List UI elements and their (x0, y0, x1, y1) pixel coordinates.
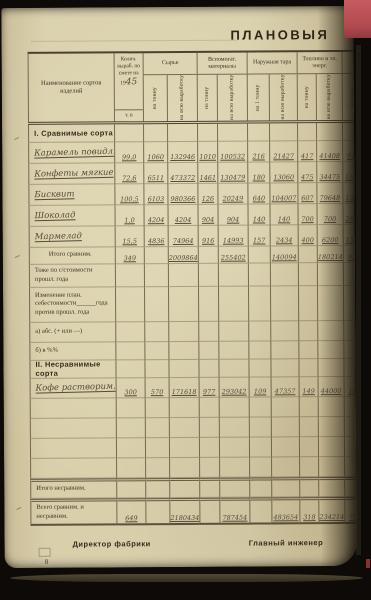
empty-cell (144, 264, 168, 287)
page-stack-edge (356, 45, 361, 555)
table-row: Конфеты мягкие 72,6651147337214611304791… (28, 162, 356, 185)
subheader-per-ton: на тонну (297, 74, 316, 120)
value-cell: 700 (297, 204, 316, 225)
value-cell: 132946 (167, 142, 197, 163)
subheader-label: на всю выработку (280, 75, 287, 120)
empty-cell (298, 341, 317, 359)
value-cell: 904 (217, 205, 247, 226)
cost-change-row: Изменение план. себестоимости______года … (29, 286, 357, 323)
subheader-total-output: на всю выработку (217, 75, 247, 121)
value-cell: 255402 (218, 247, 248, 264)
section-title-cell: II. Несравнимые сорта (29, 360, 115, 379)
row-label-cell: Тоже по с/стоимости прошл. года (29, 264, 115, 288)
empty-cell (116, 438, 145, 458)
group-label: Вспомогат. материалы (198, 56, 247, 70)
empty-cell (249, 397, 271, 417)
empty-cell (168, 342, 198, 360)
product-name-cell: Шоколад (29, 205, 115, 227)
empty-cell (318, 397, 344, 417)
grand-total-label: Всего сравним. и несравним. (36, 502, 116, 521)
group-label: Наружная тара (253, 59, 291, 66)
cost-change-label: Изменение план. себестоимости______года … (35, 290, 115, 318)
empty-cell (344, 397, 357, 417)
value-cell: 4204 (167, 205, 197, 226)
value-cell: 1010 (197, 142, 217, 163)
value-cell: 400 (298, 225, 317, 246)
empty-cell (144, 360, 168, 378)
empty-cell (115, 287, 144, 322)
empty-cell (219, 418, 249, 438)
value-cell: 2180434 (169, 498, 199, 525)
subheader-label: на тонну (204, 87, 211, 109)
empty-cell (199, 438, 219, 458)
empty-cell (271, 477, 299, 497)
section1-title: I. Сравнимые сорта (34, 128, 113, 137)
value-cell: 109 (249, 377, 271, 397)
empty-cell (317, 286, 343, 321)
empty-cell (344, 417, 357, 437)
absolute-change-label: а) абс. (+ или —) (35, 326, 84, 337)
grand-total-label-cell: Всего сравним. и несравним. (30, 498, 116, 526)
table-row: Мармелад 15,5483674964916149931572434400… (29, 225, 357, 248)
totals-label-cell: Итого сравним. (29, 247, 115, 265)
empty-cell (269, 123, 297, 141)
subheader-per-ton: на тонну (197, 75, 217, 121)
empty-cell (298, 321, 317, 341)
empty-cell (198, 360, 218, 378)
empty-cell (298, 286, 317, 321)
group-header-wages: Зараб. плата (342, 52, 357, 74)
empty-cell (343, 341, 356, 359)
value-cell: 475 (297, 162, 316, 183)
empty-cell (271, 437, 299, 457)
empty-cell (249, 417, 271, 437)
value-cell: 180214 (317, 246, 343, 263)
value-cell: 15,5 (115, 226, 144, 247)
subheader-total-output: на всю выработку (167, 75, 197, 121)
subheader-label: на всю выработку (229, 75, 236, 120)
value-cell: 21427 (269, 141, 297, 162)
document-page: ПЛАНОВЫЯ Наименование сортов изделий Кол… (1, 6, 356, 568)
empty-cell (199, 398, 219, 418)
group-header-raw-materials: Сырье (143, 53, 197, 75)
value-cell: 4836 (144, 226, 168, 247)
empty-cell (219, 398, 249, 418)
value-cell: 293042 (219, 378, 249, 398)
value-cell (298, 246, 317, 263)
value-cell: 140094 (270, 246, 298, 263)
product-name-cell: Карамель повидл. (28, 142, 114, 164)
scanned-document-photo: ПЛАНОВЫЯ Наименование сортов изделий Кол… (0, 0, 371, 600)
value-cell: 787454 (219, 498, 249, 525)
value-cell (249, 497, 271, 524)
empty-cell (219, 478, 249, 498)
blank-row (30, 457, 357, 479)
value-cell: 300 (116, 378, 145, 398)
director-signature-label: Директор фабрики (73, 539, 151, 548)
value-cell: 13060 (269, 162, 297, 183)
empty-cell (145, 478, 169, 498)
product-name: Шоколад (34, 210, 75, 221)
subheader-label: на 1 тонну (255, 84, 262, 111)
red-edge-mark (366, 559, 370, 568)
book-bottom-edge (10, 574, 363, 582)
value-cell: 1060 (143, 142, 167, 163)
value-cell: 349 (115, 247, 144, 264)
empty-cell (271, 417, 299, 437)
value-cell: 14993 (218, 226, 248, 247)
value-cell: 100532 (217, 142, 247, 163)
section-row: I. Сравнимые сорта (28, 123, 357, 143)
product-name-cell: Конфеты мягкие (28, 163, 114, 185)
empty-cell (198, 264, 218, 287)
value-cell: 1300 (343, 225, 357, 246)
value-cell (198, 247, 218, 264)
empty-cell (318, 457, 344, 477)
empty-cell (169, 458, 199, 478)
empty-cell (343, 359, 356, 377)
empty-cell (249, 437, 271, 457)
table-header: Наименование сортов изделий Колич. выраб… (28, 50, 357, 125)
value-cell: 607 (297, 183, 316, 204)
table-row: Карамель повидл. 99,01060132946101010053… (28, 141, 357, 164)
value-cell: 904 (197, 205, 217, 226)
section-row: II. Несравнимые сорта (29, 359, 356, 379)
empty-cell (168, 360, 198, 378)
value-cell: 72,6 (114, 163, 143, 184)
product-name: Кофе растворим. (36, 382, 116, 394)
empty-cell (30, 438, 116, 459)
value-cell: 1461 (197, 163, 217, 184)
value-cell: 149 (299, 377, 318, 397)
value-cell: 2800 (342, 204, 356, 225)
percent-change-row: б) в %% (29, 341, 356, 361)
empty-cell (218, 287, 248, 322)
totals-label-cell: Итого несравним. (30, 478, 116, 499)
empty-cell (249, 477, 271, 497)
empty-cell (298, 263, 317, 286)
product-name: Мармелад (35, 231, 82, 242)
empty-cell (115, 322, 144, 342)
empty-cell (145, 398, 169, 418)
empty-cell (317, 321, 343, 341)
empty-cell (271, 397, 299, 417)
empty-cell (115, 342, 144, 360)
value-cell: 1,0 (115, 205, 144, 226)
value-cell: 318 (299, 497, 318, 524)
margin-mark (15, 255, 20, 258)
same-cost-row: Тоже по с/стоимости прошл. года (29, 263, 357, 288)
empty-cell (169, 438, 199, 458)
empty-cell (270, 321, 298, 341)
empty-cell (343, 263, 357, 286)
table-row: Бисквит 100,5610398036612620249640104007… (28, 183, 356, 206)
value-cell: 20249 (217, 184, 247, 205)
value-cell: 157 (248, 225, 270, 246)
empty-cell (344, 457, 357, 477)
signature-line: Директор фабрики Главный инженер (5, 538, 357, 549)
table-row: Кофе растворим. 300570171618977293042109… (30, 377, 357, 399)
group-label: Сырье (162, 60, 178, 67)
value-cell: 2009864 (168, 247, 198, 264)
value-cell: 649 (116, 498, 145, 525)
empty-cell (219, 438, 249, 458)
product-name: Конфеты мягкие (34, 167, 113, 179)
empty-cell (116, 418, 145, 438)
subheader-total-output: на всю выработку (269, 74, 297, 120)
totals-incomparable-row: Итого несравним. (30, 477, 357, 499)
empty-cell (115, 264, 144, 287)
empty-cell (299, 477, 318, 497)
empty-cell (218, 342, 248, 360)
totals-incomparable-label: Итого несравним. (36, 484, 87, 495)
table-row: Шоколад 1,042044204904904140140700700280… (29, 204, 357, 227)
value-cell: 913 (342, 141, 357, 162)
empty-cell (343, 321, 356, 341)
group-header-auxiliary: Вспомогат. материалы (197, 53, 247, 75)
quantity-column-header-cell: Колич. выраб. по смете на 1945 т. в (114, 53, 143, 121)
empty-cell (318, 417, 344, 437)
value-cell: 6103 (143, 184, 167, 205)
value-cell: 6200 (317, 225, 343, 246)
empty-cell (169, 478, 199, 498)
percent-change-label: б) в %% (35, 346, 60, 357)
empty-cell (270, 286, 298, 321)
empty-cell (318, 437, 344, 457)
value-cell (144, 247, 168, 264)
grand-total-row: Всего сравним. и несравним. 649218043478… (30, 497, 356, 526)
empty-cell (299, 397, 318, 417)
subheader-label: на всю выработку (179, 75, 186, 120)
engineer-signature-label: Главный инженер (249, 538, 323, 547)
value-cell: 473372 (167, 163, 197, 184)
value-cell: 216 (247, 141, 269, 162)
value-cell: 980366 (167, 184, 197, 205)
value-cell: 171618 (169, 378, 199, 398)
product-name-cell: Мармелад (29, 226, 115, 248)
empty-cell (198, 322, 218, 342)
value-cell: 180 (247, 162, 269, 183)
subheader-label: на тонну (152, 87, 159, 109)
empty-cell (169, 418, 199, 438)
empty-cell (116, 458, 145, 478)
empty-cell (114, 124, 143, 142)
value-cell: 4204 (143, 205, 167, 226)
value-cell: 126 (197, 184, 217, 205)
totals-comparable-row: Итого сравним. 3492009864255402140094180… (29, 246, 357, 265)
empty-cell (317, 341, 343, 359)
qty-unit-label: т. в (115, 109, 143, 121)
subheader-total-output: на всю выработку (316, 74, 342, 120)
value-cell (199, 498, 219, 525)
blank-row (30, 397, 357, 419)
empty-cell (248, 286, 270, 321)
empty-cell (197, 124, 217, 142)
group-header-fuel: Топливо и эл. энерг. (297, 52, 342, 74)
name-column-header-cell: Наименование сортов изделий (28, 53, 114, 122)
value-cell: 47357 (271, 377, 299, 397)
product-name-cell: Кофе растворим. (30, 378, 116, 399)
subheader-label: на тонну (303, 86, 310, 108)
value-cell: 99,0 (114, 142, 143, 163)
empty-cell (317, 263, 343, 286)
row-label-cell: а) абс. (+ или —) (29, 322, 115, 343)
empty-cell (271, 457, 299, 477)
totals-comparable-label: Итого сравним. (35, 250, 94, 261)
empty-cell (342, 123, 357, 141)
empty-cell (299, 437, 318, 457)
value-cell: 41408 (316, 141, 342, 162)
empty-cell (317, 359, 343, 377)
empty-cell (144, 287, 168, 322)
empty-cell (199, 458, 219, 478)
subheader-label: на всю выработку (326, 74, 333, 119)
empty-cell (344, 477, 357, 497)
product-name-cell: Бисквит (28, 184, 114, 206)
empty-cell (168, 287, 198, 322)
book-cover-corner (344, 0, 371, 38)
empty-cell (299, 457, 318, 477)
value-cell: 640 (247, 183, 269, 204)
empty-cell (298, 359, 317, 377)
value-cell: 234214 (318, 497, 344, 524)
value-cell: 1316 (342, 183, 356, 204)
empty-cell (316, 123, 342, 141)
empty-cell (247, 123, 269, 141)
empty-cell (198, 287, 218, 322)
empty-cell (167, 124, 197, 142)
value-cell: 34475 (316, 162, 342, 183)
empty-cell (30, 418, 116, 439)
value-cell: 1520 (342, 162, 356, 183)
empty-cell (168, 264, 198, 287)
value-cell: 100,5 (114, 184, 143, 205)
section2-title: II. Несравнимые сорта (35, 360, 115, 377)
empty-cell (318, 477, 344, 497)
empty-cell (248, 263, 270, 286)
qty-header-text: Колич. выраб. по смете на (117, 56, 140, 76)
blank-row (30, 437, 357, 459)
empty-cell (145, 458, 169, 478)
empty-cell (270, 359, 298, 377)
page-title: ПЛАНОВЫЯ (230, 27, 356, 43)
value-cell (145, 498, 169, 525)
absolute-change-row: а) абс. (+ или —) (29, 321, 356, 343)
group-header-packaging: Наружная тара (247, 52, 297, 74)
empty-cell (218, 264, 248, 287)
product-name: Бисквит (34, 189, 74, 200)
empty-cell (248, 321, 270, 341)
value-cell: 79648 (316, 183, 342, 204)
empty-cell (199, 478, 219, 498)
section-title-cell: I. Сравнимые сорта (28, 124, 114, 143)
value-cell: 140 (269, 204, 297, 225)
row-label-cell: Изменение план. себестоимости______года … (29, 287, 115, 323)
value-cell: 104007 (269, 183, 297, 204)
empty-cell (144, 342, 168, 360)
value-cell: 977 (199, 378, 219, 398)
empty-cell (30, 458, 116, 479)
empty-cell (116, 398, 145, 418)
value-cell: 2434 (270, 225, 298, 246)
empty-cell (219, 458, 249, 478)
faint-rule (31, 40, 236, 42)
product-name: Карамель повидл. (34, 146, 114, 158)
empty-cell (115, 360, 144, 378)
margin-mark (14, 137, 19, 140)
value-cell (248, 246, 270, 263)
empty-cell (169, 398, 199, 418)
empty-cell (343, 286, 357, 321)
value-cell: 130479 (217, 163, 247, 184)
page-number: 8 (45, 558, 49, 566)
value-cell: 483654 (271, 497, 299, 524)
empty-cell (248, 359, 270, 377)
empty-cell (249, 457, 271, 477)
empty-cell (145, 438, 169, 458)
group-label: Топливо и эл. энерг. (298, 56, 342, 70)
empty-cell (248, 341, 270, 359)
empty-cell (297, 123, 316, 141)
blank-row (30, 417, 357, 439)
empty-cell (116, 478, 145, 498)
value-cell: 140 (247, 204, 269, 225)
handwritten-year: 45 (126, 77, 138, 87)
value-cell: 74964 (168, 226, 198, 247)
faint-stamp-box (39, 548, 51, 557)
empty-cell (144, 322, 168, 342)
value-cell: 750 (344, 497, 356, 524)
empty-cell (217, 124, 247, 142)
value-cell: 417 (297, 141, 316, 162)
subheader-per-ton: на тонну (143, 75, 167, 121)
value-cell: 916 (198, 226, 218, 247)
empty-cell (199, 418, 219, 438)
empty-cell (168, 322, 198, 342)
empty-cell (270, 341, 298, 359)
value-cell: 44000 (318, 377, 344, 397)
empty-cell (30, 398, 116, 419)
empty-cell (344, 437, 357, 457)
empty-cell (218, 360, 248, 378)
quantity-column-header: Колич. выраб. по смете на 1945 (115, 53, 143, 109)
value-cell: 935 (343, 246, 357, 263)
row-label-cell: б) в %% (29, 342, 115, 361)
value-cell: 140 (344, 377, 357, 397)
empty-cell (270, 263, 298, 286)
margin-mark (16, 507, 21, 510)
value-cell: 6511 (143, 163, 167, 184)
name-column-header: Наименование сортов изделий (29, 79, 114, 96)
value-cell: 570 (145, 378, 169, 398)
empty-cell (299, 417, 318, 437)
empty-cell (145, 418, 169, 438)
empty-cell (143, 124, 167, 142)
subheader-per-ton: на тонну (342, 74, 357, 120)
cost-plan-table: Наименование сортов изделий Колич. выраб… (28, 50, 357, 526)
value-cell: 700 (316, 204, 342, 225)
subheader-per-ton: на 1 тонну (247, 74, 269, 120)
empty-cell (198, 342, 218, 360)
empty-cell (218, 322, 248, 342)
same-cost-label: Тоже по с/стоимости прошл. года (35, 265, 115, 284)
